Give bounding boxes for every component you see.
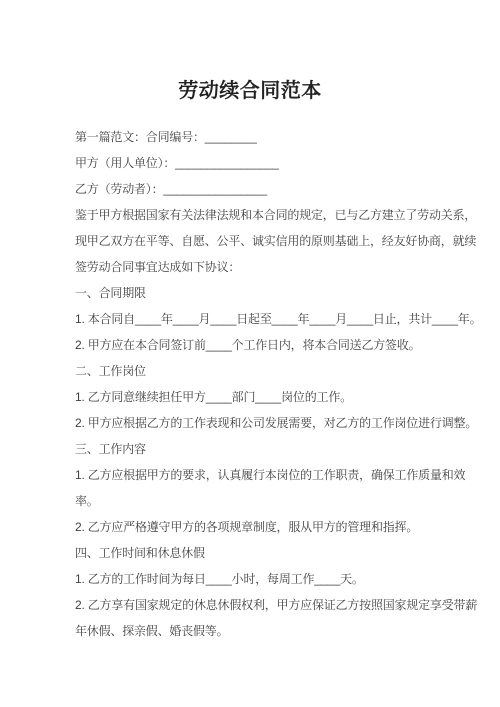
document-line-s3-item-1b: 率。	[75, 488, 480, 514]
document-line-s2-item-1: 1. 乙方同意继续担任甲方____部门____岗位的工作。	[75, 384, 480, 410]
document-line-s3-item-1a: 1. 乙方应根据甲方的要求，认真履行本岗位的工作职责，确保工作质量和效	[75, 462, 480, 488]
document-line-s1-item-2: 2. 甲方应在本合同签订前____个工作日内，将本合同送乙方签收。	[75, 332, 480, 358]
document-line-s2-item-2: 2. 甲方应根据乙方的工作表现和公司发展需要，对乙方的工作岗位进行调整。	[75, 410, 480, 436]
document-heading-section-3: 三、工作内容	[75, 436, 480, 462]
document-line-s3-item-2: 2. 乙方应严格遵守甲方的各项规章制度，服从甲方的管理和指挥。	[75, 514, 480, 540]
document-line-party-b: 乙方（劳动者）：________________	[75, 176, 480, 202]
document-title: 劳动续合同范本	[0, 0, 500, 104]
document-line-preamble-2: 现甲乙双方在平等、自愿、公平、诚实信用的原则基础上，经友好协商，就续	[75, 228, 480, 254]
document-line-s4-item-1: 1. 乙方的工作时间为每日____小时，每周工作____天。	[75, 566, 480, 592]
document-line-contract-number: 第一篇范文：合同编号：________	[75, 124, 480, 150]
document-line-s4-item-2a: 2. 乙方享有国家规定的休息休假权利，甲方应保证乙方按照国家规定享受带薪	[75, 592, 480, 618]
document-line-preamble-3: 签劳动合同事宜达成如下协议：	[75, 254, 480, 280]
document-line-party-a: 甲方（用人单位）：________________	[75, 150, 480, 176]
document-heading-section-2: 二、工作岗位	[75, 358, 480, 384]
document-heading-section-4: 四、工作时间和休息休假	[75, 540, 480, 566]
document-page: 劳动续合同范本 第一篇范文：合同编号：________ 甲方（用人单位）：___…	[0, 0, 500, 707]
document-line-s4-item-2b: 年休假、探亲假、婚丧假等。	[75, 618, 480, 644]
document-heading-section-1: 一、合同期限	[75, 280, 480, 306]
document-line-preamble-1: 鉴于甲方根据国家有关法律法规和本合同的规定，已与乙方建立了劳动关系，	[75, 202, 480, 228]
document-line-s1-item-1: 1. 本合同自____年____月____日起至____年____月____日止…	[75, 306, 480, 332]
document-body: 第一篇范文：合同编号：________ 甲方（用人单位）：___________…	[0, 124, 500, 644]
